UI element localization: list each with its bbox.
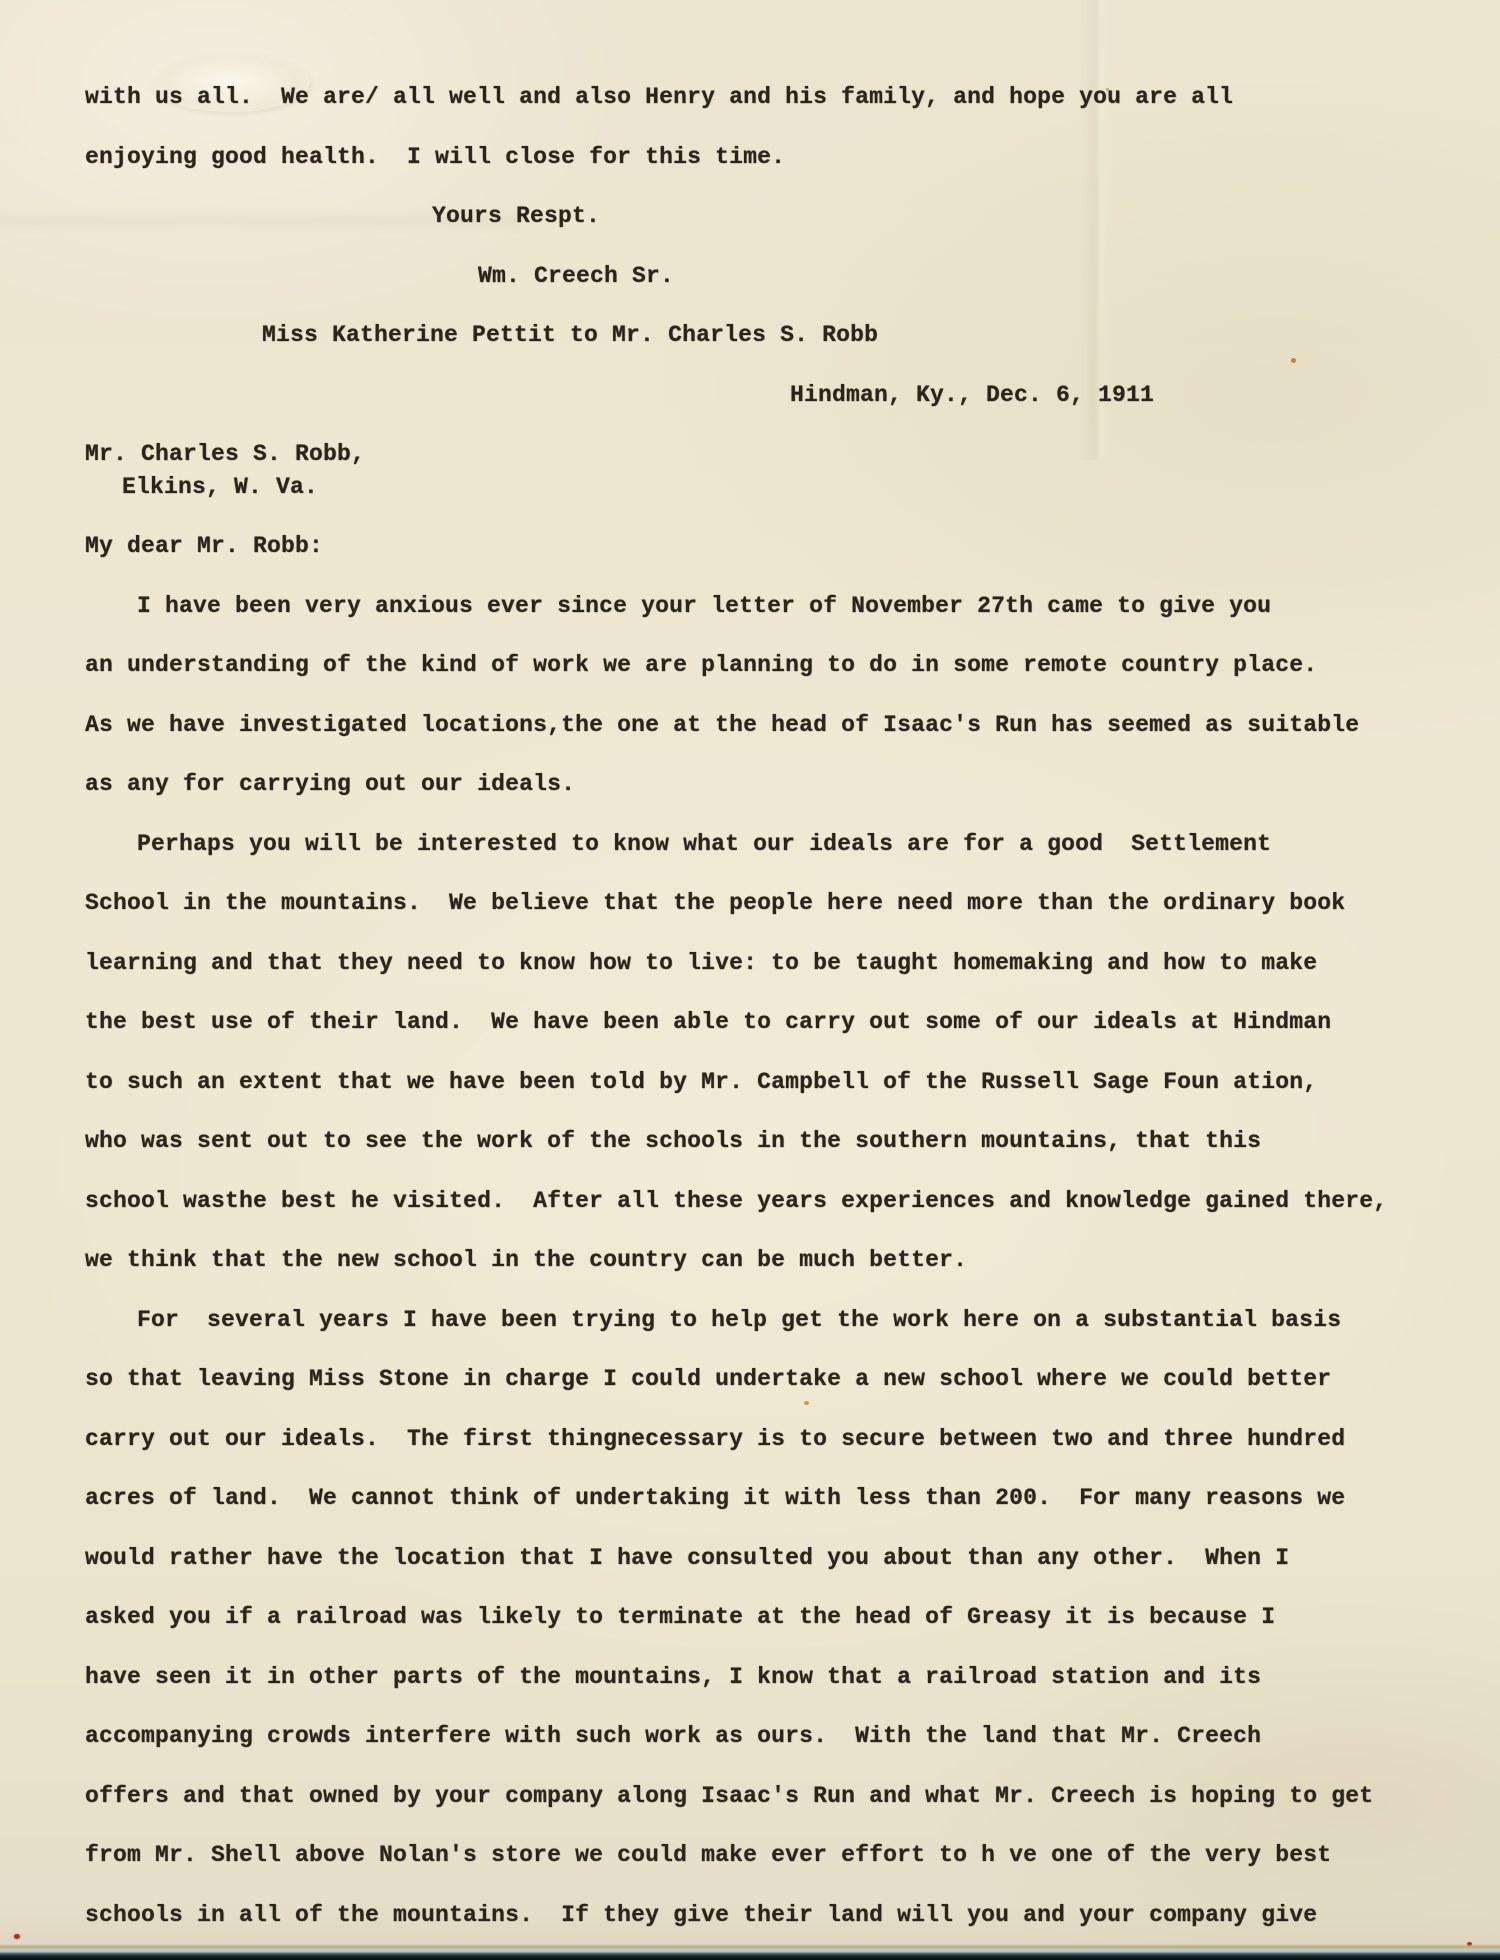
letter-line: Hindman, Ky., Dec. 6, 1911 — [790, 382, 1500, 442]
letter-page: with us all. We are/ all well and also H… — [0, 0, 1500, 1960]
letter-line: My dear Mr. Robb: — [85, 533, 1500, 593]
letter-line: Perhaps you will be interested to know w… — [85, 831, 1500, 891]
letter-text: with us all. We are/ all well and also H… — [0, 84, 1500, 1960]
letter-line: enjoying good health. I will close for t… — [85, 144, 1500, 204]
letter-line: Wm. Creech Sr. — [478, 263, 1500, 323]
letter-line: carry out our ideals. The first thingnec… — [85, 1426, 1500, 1486]
letter-line: Elkins, W. Va. — [122, 474, 1500, 534]
letter-line: with us all. We are/ all well and also H… — [85, 84, 1500, 144]
letter-line: who was sent out to see the work of the … — [85, 1128, 1500, 1188]
letter-line: learning and that they need to know how … — [85, 950, 1500, 1010]
ink-speck — [804, 1401, 809, 1405]
ink-speck — [14, 1934, 20, 1939]
letter-line: have seen it in other parts of the mount… — [85, 1664, 1500, 1724]
letter-line: asked you if a railroad was likely to te… — [85, 1604, 1500, 1664]
letter-line: from Mr. Shell above Nolan's store we co… — [85, 1842, 1500, 1902]
ink-speck — [1291, 358, 1296, 363]
letter-line: accompanying crowds interfere with such … — [85, 1723, 1500, 1783]
letter-line: we think that the new school in the coun… — [85, 1247, 1500, 1307]
letter-line: Yours Respt. — [432, 203, 1500, 263]
letter-line: to such an extent that we have been told… — [85, 1069, 1500, 1129]
letter-line: As we have investigated locations,the on… — [85, 712, 1500, 772]
letter-line: would rather have the location that I ha… — [85, 1545, 1500, 1605]
letter-line: the best use of their land. We have been… — [85, 1009, 1500, 1069]
ink-speck — [1106, 88, 1109, 91]
letter-line: an understanding of the kind of work we … — [85, 652, 1500, 712]
letter-line: Miss Katherine Pettit to Mr. Charles S. … — [262, 322, 1500, 382]
letter-line: acres of land. We cannot think of undert… — [85, 1485, 1500, 1545]
letter-line: School in the mountains. We believe that… — [85, 890, 1500, 950]
scan-bottom-edge — [0, 1944, 1500, 1960]
letter-line: school wasthe best he visited. After all… — [85, 1188, 1500, 1248]
letter-line: For several years I have been trying to … — [85, 1307, 1500, 1367]
letter-line: offers and that owned by your company al… — [85, 1783, 1500, 1843]
letter-line: as any for carrying out our ideals. — [85, 771, 1500, 831]
letter-line: I have been very anxious ever since your… — [85, 593, 1500, 653]
letter-line: so that leaving Miss Stone in charge I c… — [85, 1366, 1500, 1426]
